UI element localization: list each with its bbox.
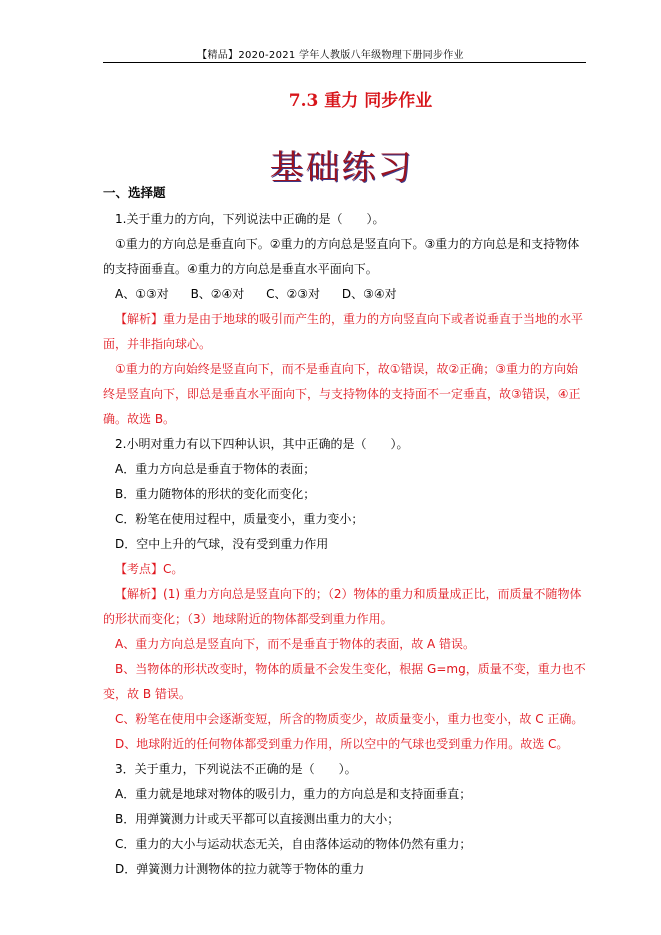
question-3-option-c: C．重力的大小与运动状态无关，自由落体运动的物体仍然有重力；	[103, 832, 586, 857]
analysis-text: (1) 重力方向总是竖直向下的；（2）物体的重力和质量成正比，而质量不随物体的形…	[103, 587, 581, 626]
kaodian-text: C。	[163, 562, 183, 576]
analysis-text: 重力是由于地球的吸引而产生的，重力的方向竖直向下或者说垂直于当地的水平面，并非指…	[103, 312, 583, 351]
question-3-option-d: D．弹簧测力计测物体的拉力就等于物体的重力	[103, 857, 586, 882]
analysis-item-d: D、地球附近的任何物体都受到重力作用，所以空中的气球也受到重力作用。故选 C。	[103, 732, 586, 757]
option-b: B、②④对	[191, 287, 245, 301]
option-a: A、①③对	[115, 287, 169, 301]
question-2-analysis: 【解析】(1) 重力方向总是竖直向下的；（2）物体的重力和质量成正比，而质量不随…	[103, 582, 586, 632]
question-1-options: A、①③对 B、②④对 C、②③对 D、③④对	[103, 282, 586, 307]
analysis-item-a: A、重力方向总是竖直向下，而不是垂直于物体的表面，故 A 错误。	[103, 632, 586, 657]
question-2-kaodian: 【考点】C。	[103, 557, 586, 582]
page-header: 【精品】2020-2021 学年人教版八年级物理下册同步作业	[0, 46, 661, 61]
question-3-option-b: B．用弹簧测力计或天平都可以直接测出重力的大小；	[103, 807, 586, 832]
question-1-analysis-detail: ①重力的方向始终是竖直向下，而不是垂直向下，故①错误，故②正确；③重力的方向始终…	[103, 357, 586, 432]
analysis-item-b: B、当物体的形状改变时，物体的质量不会发生变化，根据 G=mg，质量不变，重力也…	[103, 657, 586, 707]
question-1-statements: ①重力的方向总是垂直向下。②重力的方向总是竖直向下。③重力的方向总是和支持物体的…	[103, 232, 586, 282]
question-2-stem: 2.小明对重力有以下四种认识，其中正确的是（ ）。	[103, 432, 586, 457]
analysis-tag: 【解析】	[115, 587, 163, 601]
option-d: D、③④对	[342, 287, 397, 301]
section-heading: 一、选择题	[103, 180, 586, 205]
option-c: C、②③对	[266, 287, 320, 301]
kaodian-tag: 【考点】	[115, 562, 163, 576]
question-2-option-b: B．重力随物体的形状的变化而变化；	[103, 482, 586, 507]
statements-line-2: 持面垂直。④重力的方向总是垂直水平面向下。	[127, 262, 378, 276]
analysis-item-c: C、粉笔在使用中会逐渐变短，所含的物质变少，故质量变小，重力也变小，故 C 正确…	[103, 707, 586, 732]
question-3-option-a: A．重力就是地球对物体的吸引力，重力的方向总是和支持面垂直；	[103, 782, 586, 807]
analysis-tag: 【解析】	[115, 312, 163, 326]
document-title: 7.3 重力 同步作业	[0, 86, 661, 111]
question-2-option-d: D．空中上升的气球，没有受到重力作用	[103, 532, 586, 557]
header-divider	[103, 62, 586, 63]
question-3-stem: 3．关于重力，下列说法不正确的是（ ）。	[103, 757, 586, 782]
question-2-option-a: A．重力方向总是垂直于物体的表面；	[103, 457, 586, 482]
document-body: 一、选择题 1.关于重力的方向，下列说法中正确的是（ ）。 ①重力的方向总是垂直…	[103, 180, 586, 882]
question-2-option-c: C．粉笔在使用过程中，质量变小，重力变小；	[103, 507, 586, 532]
question-1-analysis: 【解析】重力是由于地球的吸引而产生的，重力的方向竖直向下或者说垂直于当地的水平面…	[103, 307, 586, 357]
question-1-stem: 1.关于重力的方向，下列说法中正确的是（ ）。	[103, 207, 586, 232]
